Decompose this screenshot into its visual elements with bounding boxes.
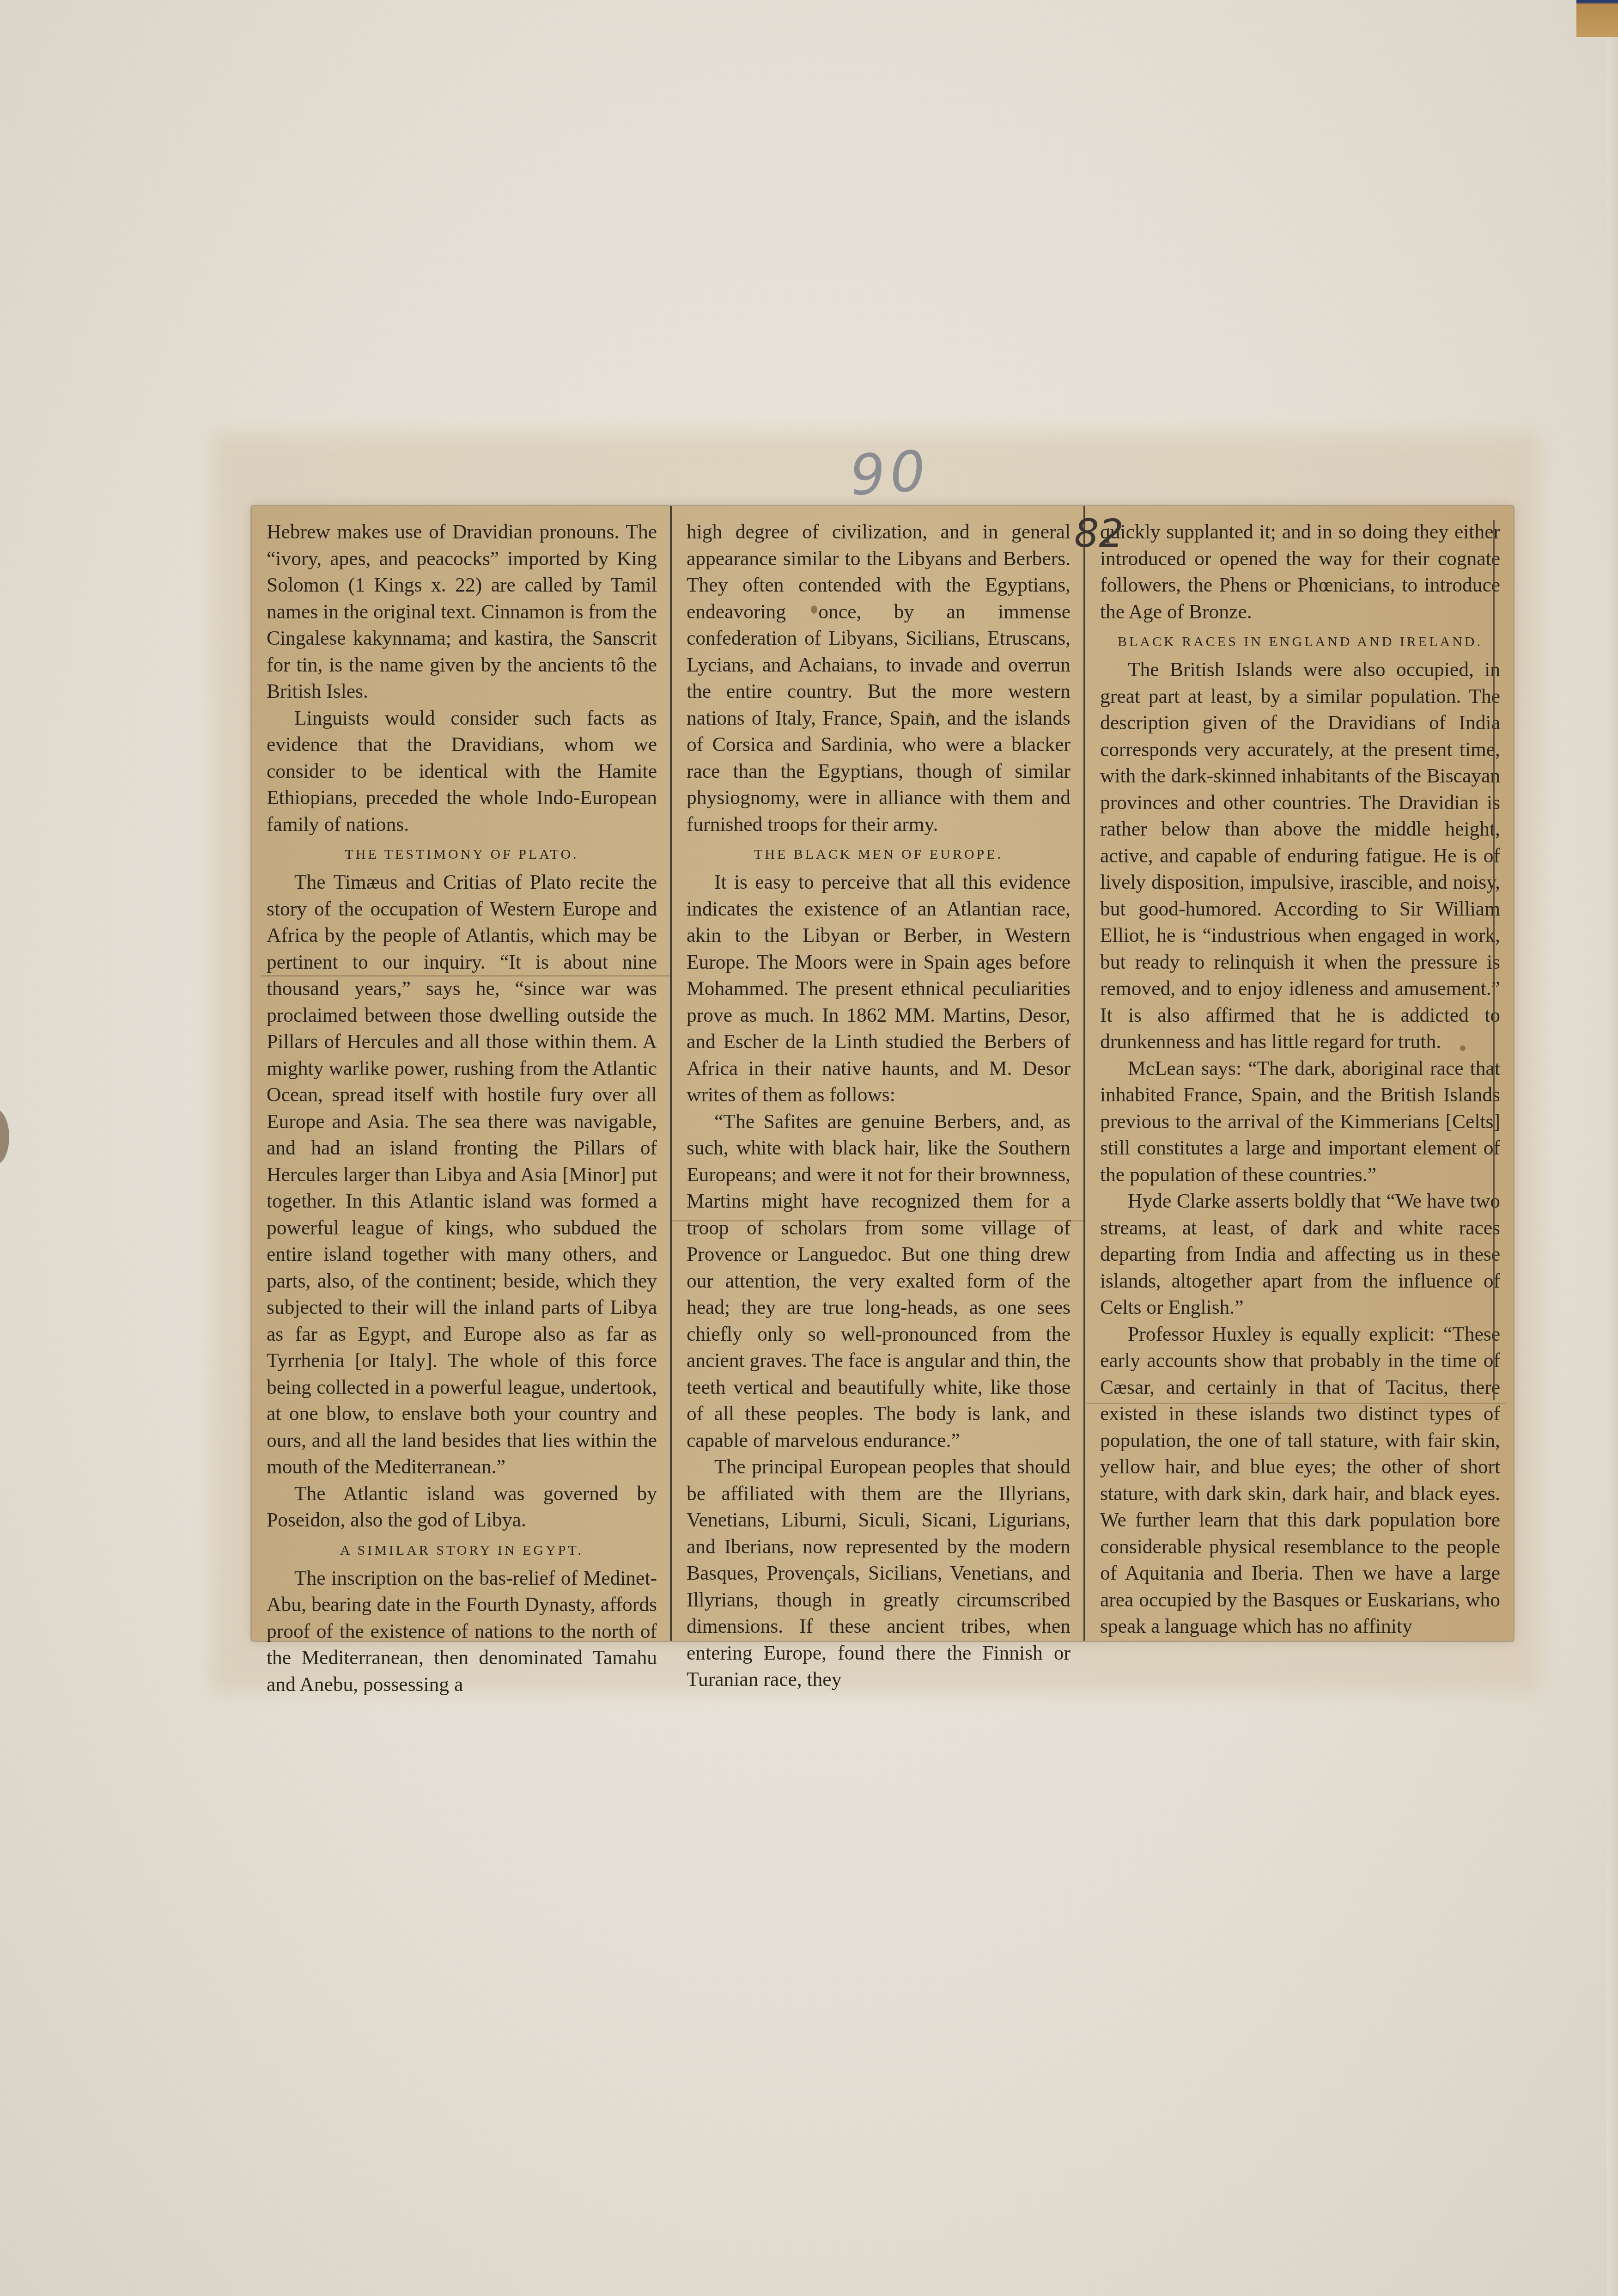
page-edge [1607, 37, 1618, 2296]
ink-spot [1460, 1045, 1466, 1051]
paste-seam [672, 1220, 1083, 1221]
paste-seam [261, 975, 670, 977]
paragraph: The principal European peoples that shou… [687, 1454, 1071, 1693]
paragraph: The inscription on the bas-relief of Med… [267, 1565, 657, 1698]
book-cover-corner [1576, 0, 1618, 37]
paragraph: Professor Huxley is equally explicit: “T… [1100, 1321, 1500, 1640]
paragraph: It is easy to perceive that all this evi… [687, 869, 1071, 1109]
paragraph: high degree of civilization, and in gene… [687, 519, 1071, 838]
section-heading: THE BLACK MEN OF EUROPE. [687, 843, 1071, 867]
paragraph: The Timæus and Critias of Plato recite t… [267, 869, 657, 1481]
section-heading: BLACK RACES IN ENGLAND AND IRELAND. [1100, 630, 1500, 654]
newspaper-clipping: Hebrew makes use of Dravidian pronouns. … [252, 506, 1513, 1641]
paragraph: Hebrew makes use of Dravidian pronouns. … [267, 519, 657, 705]
paste-seam [1086, 1403, 1506, 1404]
paragraph: McLean says: “The dark, aboriginal race … [1100, 1056, 1500, 1189]
section-heading: THE TESTIMONY OF PLATO. [267, 843, 657, 867]
paragraph: The Atlantic island was governed by Pose… [267, 1481, 657, 1534]
clipping-column-2: high degree of civilization, and in gene… [670, 506, 1083, 1641]
ink-spot [927, 713, 932, 719]
paragraph: The British Islands were also occupied, … [1100, 657, 1500, 1056]
pencil-margin-note: 82 [1074, 511, 1124, 556]
section-heading: A SIMILAR STORY IN EGYPT. [267, 1539, 657, 1563]
paragraph: Hyde Clarke asserts boldly that “We have… [1100, 1188, 1500, 1321]
page-edge-shadow [0, 1109, 9, 1165]
ink-spot [811, 605, 817, 614]
paragraph: quickly supplanted it; and in so doing t… [1100, 519, 1500, 625]
clipping-column-3: quickly supplanted it; and in so doing t… [1083, 506, 1513, 1641]
pencil-page-number: 90 [848, 439, 932, 508]
paragraph: Linguists would consider such facts as e… [267, 705, 657, 838]
scrapbook-page: 90 Hebrew makes use of Dravidian pronoun… [0, 0, 1618, 2296]
clipping-column-1: Hebrew makes use of Dravidian pronouns. … [252, 506, 670, 1641]
paragraph: “The Safites are genuine Berbers, and, a… [687, 1109, 1071, 1454]
